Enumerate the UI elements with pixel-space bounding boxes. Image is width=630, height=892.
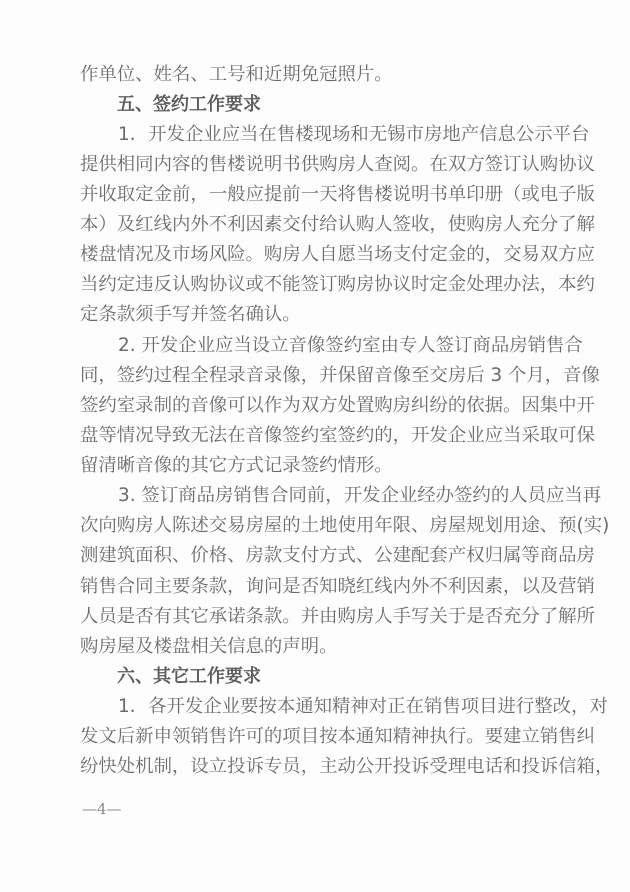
text-line: 并收取定金前，一般应提前一天将售楼说明书单印册（或电子版 — [80, 180, 564, 210]
text-line: 同，签约过程全程录音录像，并保留音像至交房后 3 个月，音像 — [80, 361, 564, 391]
text-line: 测建筑面积、价格、房款支付方式、公建配套产权归属等商品房 — [80, 541, 564, 571]
text-line: 楼盘情况及市场风险。购房人自愿当场支付定金的，交易双方应 — [80, 240, 564, 270]
text-line: 当约定违反认购协议或不能签订购房协议时定金处理办法，本约 — [80, 270, 564, 300]
text-line: 人员是否有其它承诺条款。并由购房人手写关于是否充分了解所 — [80, 602, 564, 632]
text-line: 本）及红线内外不利因素交付给认购人签收，使购房人充分了解 — [80, 210, 564, 240]
text-line: 次向购房人陈述交易房屋的土地使用年限、房屋规划用途、预(实) — [80, 511, 564, 541]
text-line: 购房屋及楼盘相关信息的声明。 — [80, 632, 564, 662]
text-line: 1．开发企业应当在售楼现场和无锡市房地产信息公示平台 — [118, 120, 564, 150]
section-heading-6: 六、其它工作要求 — [117, 662, 261, 692]
page-number: —4— — [82, 800, 122, 818]
text-line: 3. 签订商品房销售合同前，开发企业经办签约的人员应当再 — [118, 481, 564, 511]
document-page: 作单位、姓名、工号和近期免冠照片。 五、签约工作要求 1．开发企业应当在售楼现场… — [0, 0, 630, 892]
text-line: 定条款须手写并签名确认。 — [80, 300, 564, 330]
text-line: 签约室录制的音像可以作为双方处置购房纠纷的依据。因集中开 — [80, 391, 564, 421]
text-line: 2. 开发企业应当设立音像签约室由专人签订商品房销售合 — [118, 331, 564, 361]
text-line: 纷快处机制，设立投诉专员，主动公开投诉受理电话和投诉信箱， — [80, 752, 564, 782]
text-line: 销售合同主要条款，询问是否知晓红线内外不利因素，以及营销 — [80, 572, 564, 602]
section-heading-5: 五、签约工作要求 — [117, 90, 261, 120]
text-line: 发文后新申领销售许可的项目按本通知精神执行。要建立销售纠 — [80, 722, 564, 752]
text-line: 作单位、姓名、工号和近期免冠照片。 — [80, 60, 564, 90]
text-line: 盘等情况导致无法在音像签约室签约的，开发企业应当采取可保 — [80, 421, 564, 451]
text-line: 留清晰音像的其它方式记录签约情形。 — [80, 451, 564, 481]
text-line: 提供相同内容的售楼说明书供购房人查阅。在双方签订认购协议 — [80, 150, 564, 180]
text-line: 1．各开发企业要按本通知精神对正在销售项目进行整改，对 — [118, 692, 564, 722]
